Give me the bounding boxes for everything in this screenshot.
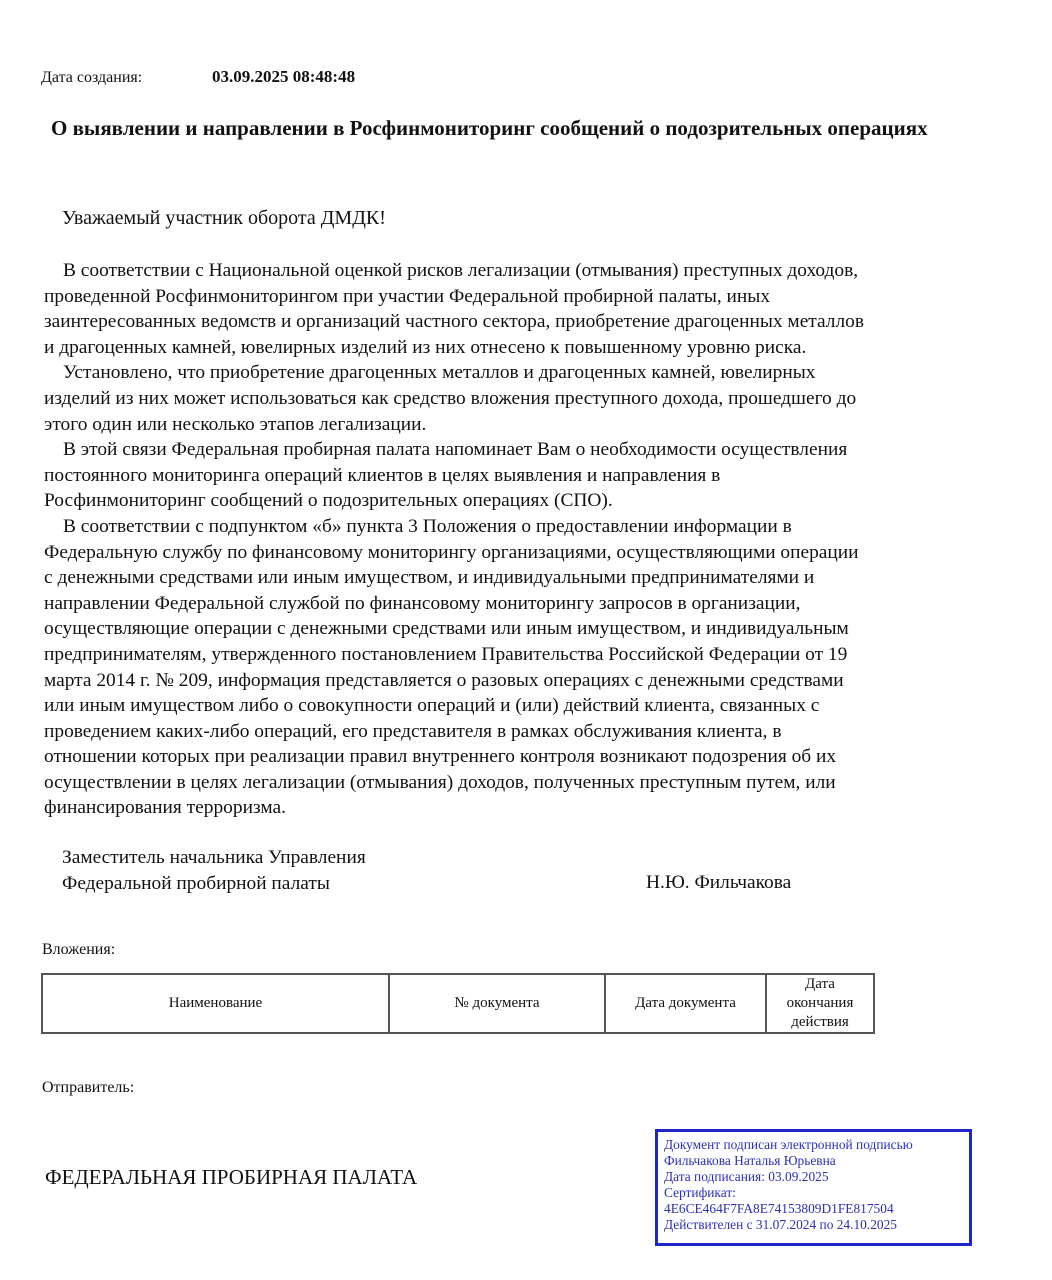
column-header-doc-date: Дата документа	[605, 974, 766, 1033]
table-header-row: Наименование № документа Дата документа …	[42, 974, 874, 1033]
creation-date-label: Дата создания:	[41, 68, 212, 88]
stamp-line: Документ подписан электронной подписью	[664, 1137, 963, 1153]
signer-position-line2: Федеральной пробирной палаты	[62, 871, 366, 897]
signer-position-line1: Заместитель начальника Управления	[62, 845, 366, 871]
stamp-cert-label: Сертификат:	[664, 1185, 963, 1201]
sender-name: ФЕДЕРАЛЬНАЯ ПРОБИРНАЯ ПАЛАТА	[45, 1164, 417, 1190]
column-header-doc-number: № документа	[389, 974, 605, 1033]
stamp-validity: Действителен с 31.07.2024 по 24.10.2025	[664, 1217, 963, 1233]
stamp-sign-date: Дата подписания: 03.09.2025	[664, 1169, 963, 1185]
electronic-signature-stamp: Документ подписан электронной подписью Ф…	[655, 1129, 972, 1246]
signer-name: Н.Ю. Фильчакова	[646, 870, 791, 896]
stamp-signer: Фильчакова Наталья Юрьевна	[664, 1153, 963, 1169]
creation-date-value: 03.09.2025 08:48:48	[212, 67, 355, 86]
letter-body: В соответствии с Национальной оценкой ри…	[44, 258, 994, 821]
column-header-expiry-date: Дата окончания действия	[766, 974, 874, 1033]
paragraph: В этой связи Федеральная пробирная палат…	[44, 437, 994, 514]
paragraph: В соответствии с подпунктом «б» пункта 3…	[44, 514, 994, 821]
creation-date: Дата создания:03.09.2025 08:48:48	[41, 67, 355, 88]
attachments-label: Вложения:	[42, 940, 115, 960]
signer-position: Заместитель начальника Управления Федера…	[62, 845, 366, 896]
paragraph: В соответствии с Национальной оценкой ри…	[44, 258, 994, 360]
attachments-table: Наименование № документа Дата документа …	[41, 973, 875, 1034]
column-header-name: Наименование	[42, 974, 389, 1033]
document-title: О выявлении и направлении в Росфинмонито…	[51, 115, 1011, 142]
sender-label: Отправитель:	[42, 1078, 134, 1098]
greeting: Уважаемый участник оборота ДМДК!	[62, 206, 386, 230]
stamp-cert-id: 4E6CE464F7FA8E74153809D1FE817504	[664, 1201, 963, 1217]
paragraph: Установлено, что приобретение драгоценны…	[44, 360, 994, 437]
